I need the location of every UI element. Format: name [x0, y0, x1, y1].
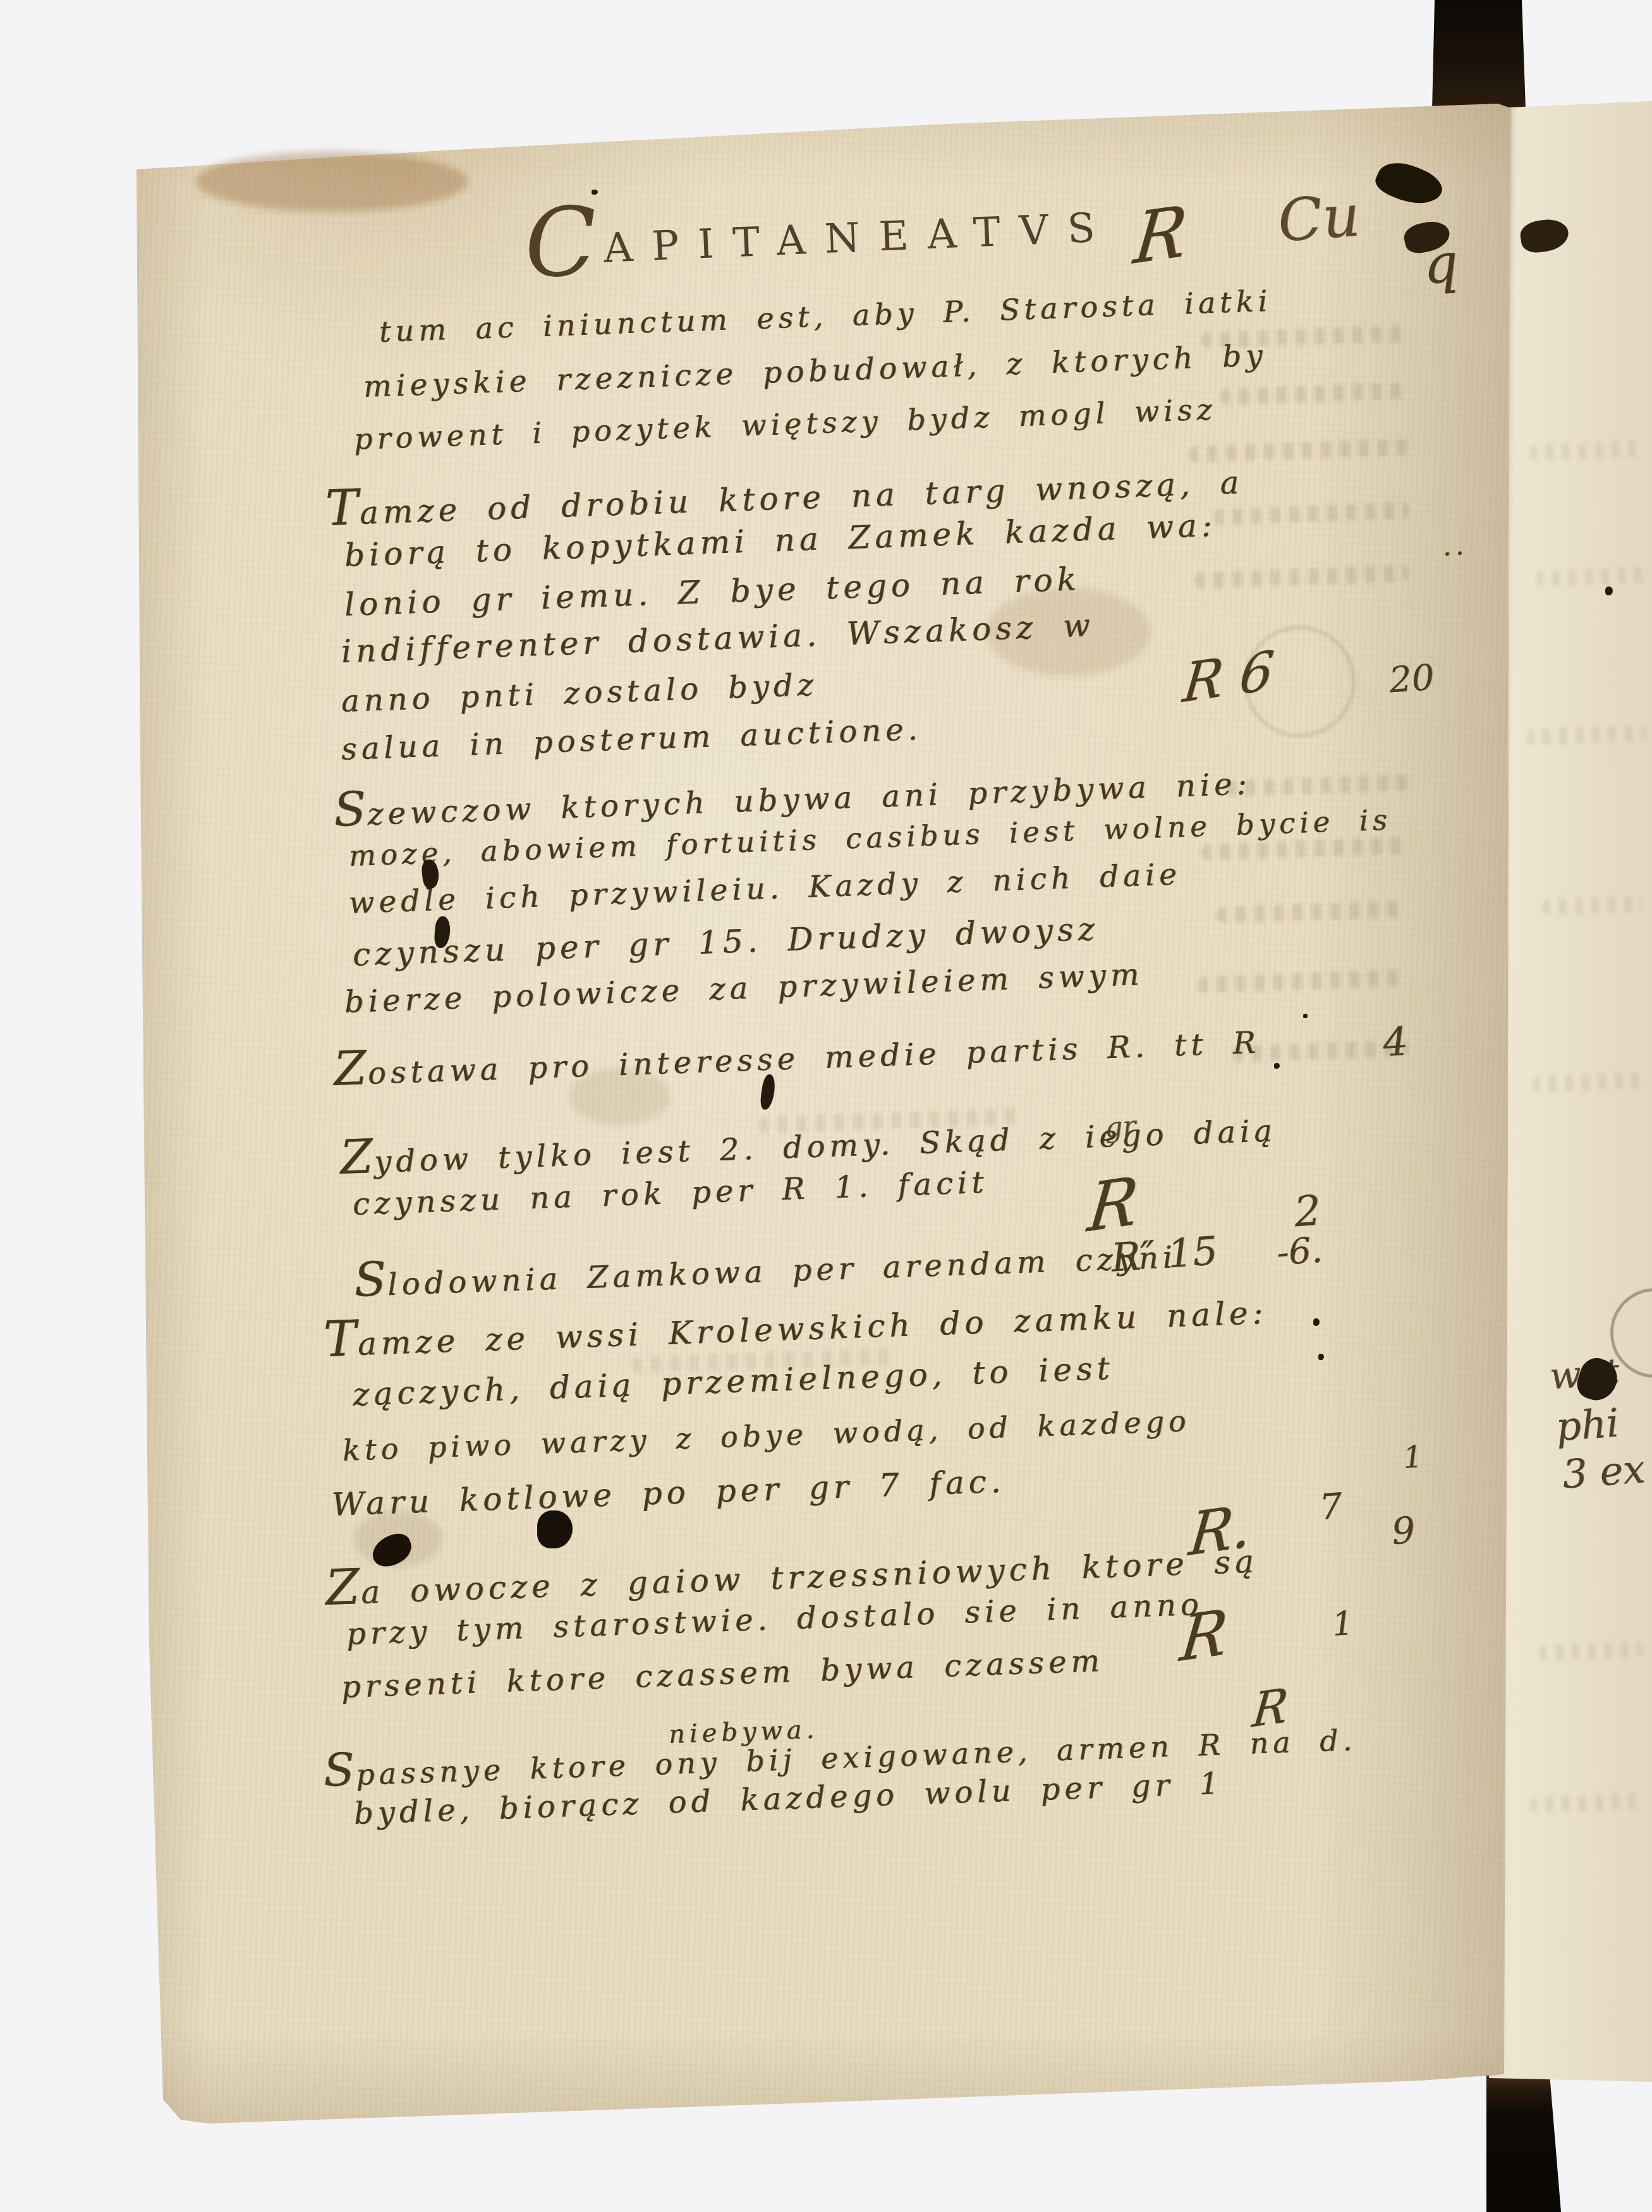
margin-sum-4: 4: [1382, 1018, 1409, 1066]
margin-sum-2: 2: [1292, 1186, 1322, 1237]
ink-fragment: 3 ex: [1561, 1446, 1647, 1498]
margin-gr: gr: [1103, 1110, 1137, 1144]
ink-fragment: phi: [1555, 1400, 1620, 1450]
margin-sum-7: 7: [1318, 1486, 1344, 1528]
margin-sum-1: 1: [1331, 1605, 1354, 1644]
margin-sum-20: 20: [1388, 657, 1436, 702]
title-initial: C: [522, 186, 605, 300]
binding-strap-top: [1432, 0, 1526, 110]
scanned-manuscript: { "scan": { "background_color": "#f4f3f6…: [0, 0, 1652, 2212]
margin-sum-minus6: -6.: [1275, 1230, 1324, 1274]
margin-sum-1: 1: [1402, 1439, 1423, 1476]
margin-sum-r15: R″ 15: [1110, 1227, 1219, 1281]
margin-sum-r: R: [1177, 1596, 1230, 1676]
binding-strap-bottom: [1484, 2073, 1561, 2212]
ink-speck: [1303, 1014, 1308, 1018]
flourish-q-mark: q: [1421, 231, 1461, 297]
title-flourish-r: R: [1131, 190, 1191, 281]
cu-mark: Cu: [1275, 182, 1362, 255]
margin-sum-9: 9: [1390, 1509, 1417, 1553]
margin-dots: ..: [1441, 529, 1468, 563]
paper-stain: [196, 152, 468, 212]
title-text: APITANEATVS: [603, 204, 1115, 272]
